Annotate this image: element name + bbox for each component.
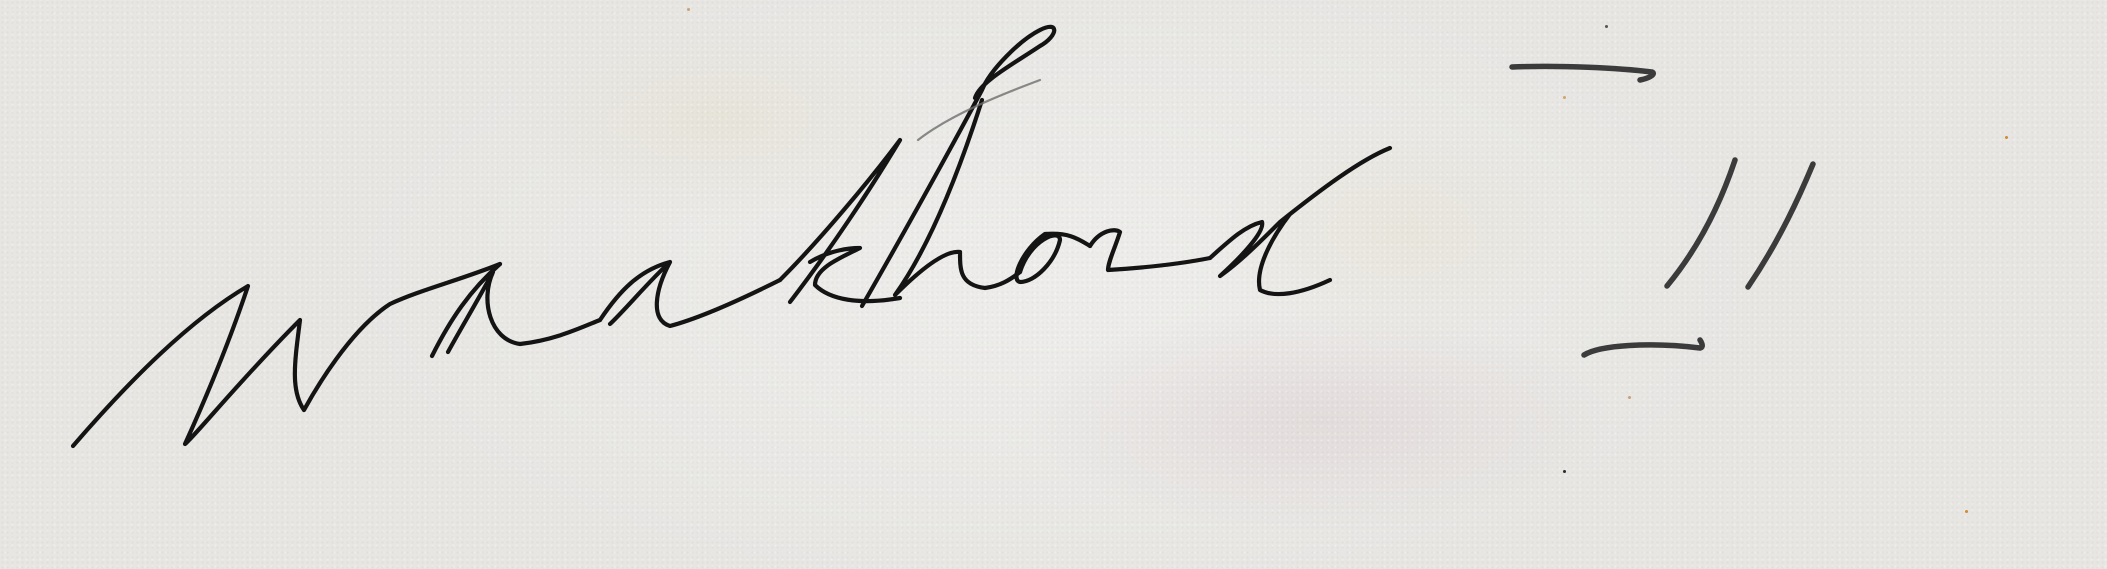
numeral-stroke-1 [1667,160,1735,286]
numeral-stroke-2 [1748,164,1813,287]
letter-o [1016,234,1090,282]
letter-a-2 [600,262,780,326]
letter-d [1210,148,1390,294]
handwriting-signature [0,0,2107,569]
letter-w [73,264,500,446]
letter-h [862,27,1054,306]
letter-k [780,140,900,302]
letter-n [1090,230,1210,270]
numeral-bottom-bar [1584,340,1702,355]
scanned-paper: waakhond II [0,0,2107,569]
numeral-top-bar [1512,66,1653,80]
